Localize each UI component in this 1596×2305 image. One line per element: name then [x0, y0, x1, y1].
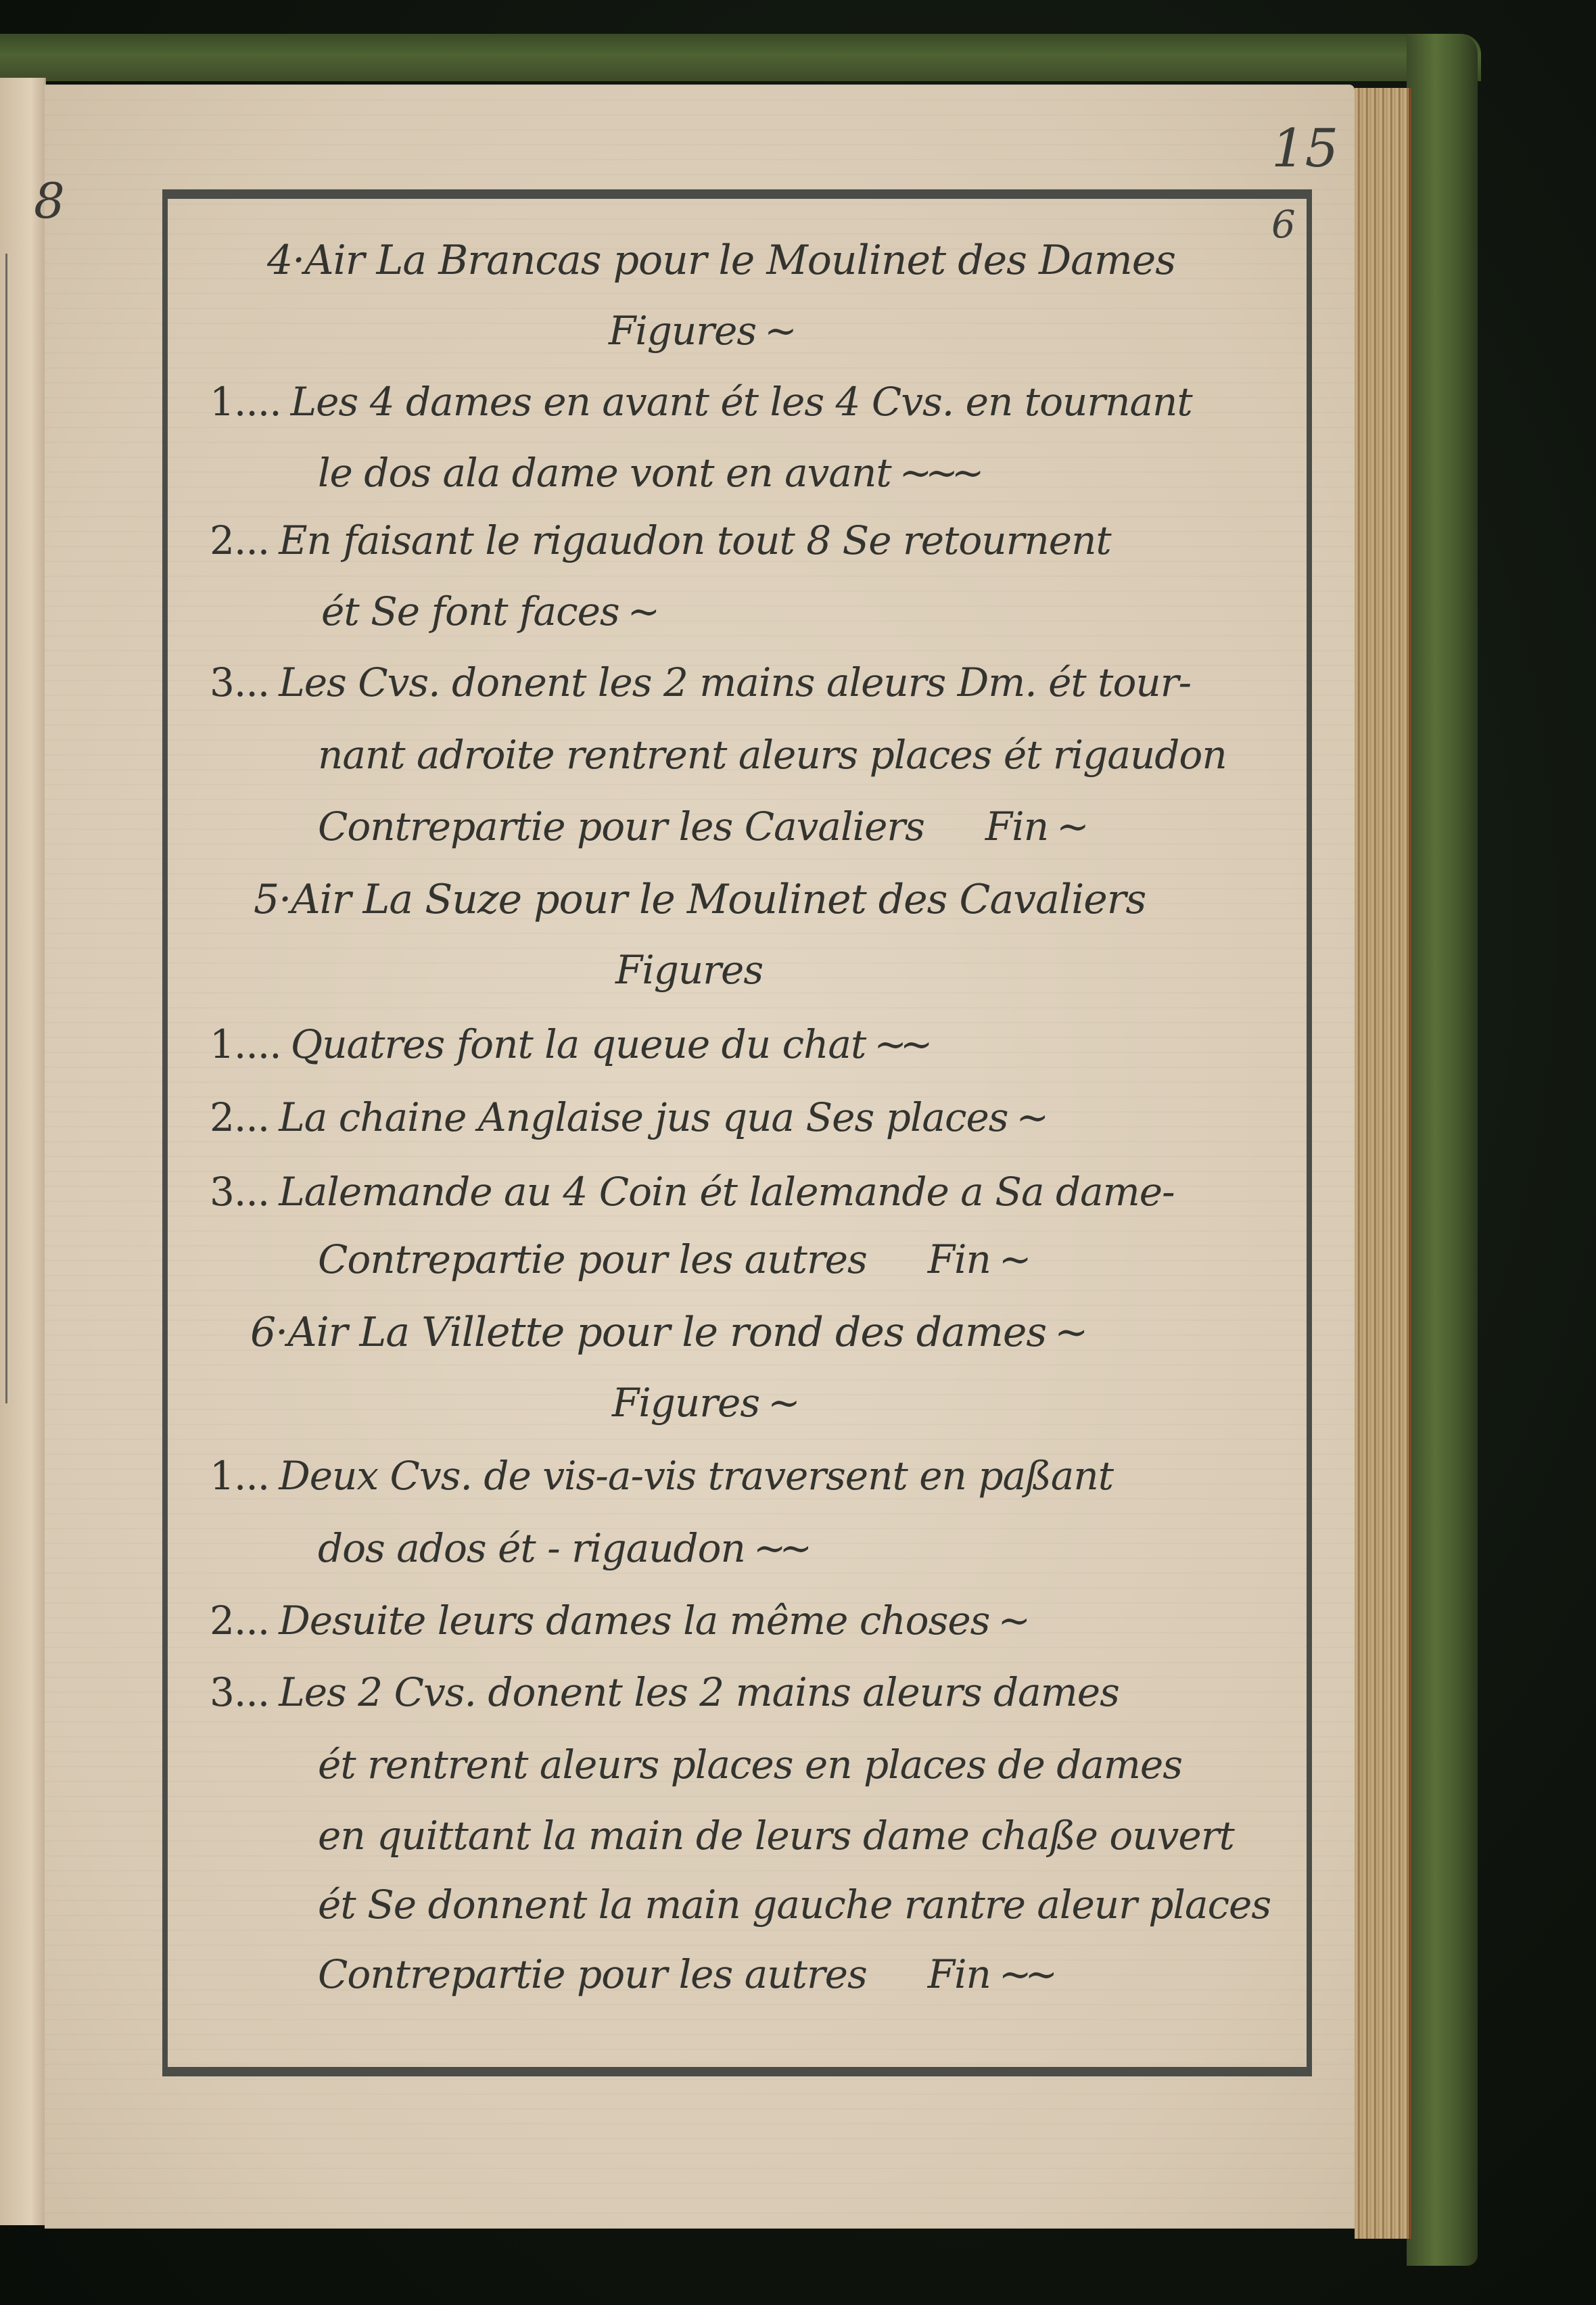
figure-line: Contrepartie pour les autresFin~~: [318, 1951, 1051, 1997]
figure-line: 2...En faisant le rigaudon tout 8 Se ret…: [210, 517, 1111, 563]
plate-number: 6: [1271, 203, 1296, 247]
figure-text: nant adroite rentrent aleurs places ét r…: [318, 732, 1227, 778]
figure-line: 1....Quatres font la queue du chat~~: [210, 1021, 926, 1067]
figure-text: ét Se font faces: [321, 588, 619, 634]
figure-line: 2...Desuite leurs dames la même choses~: [210, 1598, 1024, 1644]
flourish-ornament: ~: [1056, 804, 1083, 849]
figure-text: le dos ala dame vont en avant: [318, 450, 891, 496]
figures-text: Figures: [615, 947, 763, 993]
flourish-ornament: ~: [1016, 1094, 1043, 1140]
figure-number: 1....: [210, 379, 281, 425]
figure-line: en quittant la main de leurs dame chaße …: [318, 1813, 1234, 1859]
figure-line: 2...La chaine Anglaise jus qua Ses place…: [210, 1094, 1042, 1140]
figure-line: 3...Les Cvs. donent les 2 mains aleurs D…: [210, 659, 1191, 705]
figure-line: Contrepartie pour les autresFin~: [318, 1236, 1025, 1282]
flourish-ornament: ~: [1054, 1309, 1081, 1356]
figure-line: 1....Les 4 dames en avant ét les 4 Cvs. …: [210, 379, 1192, 425]
left-page-sliver: [0, 78, 46, 2225]
figure-text: Desuite leurs dames la même choses: [279, 1598, 989, 1644]
figure-text: Lalemande au 4 Coin ét lalemande a Sa da…: [279, 1169, 1174, 1215]
book-cover-top-edge: [0, 34, 1481, 81]
heading-text: 4·Air La Brancas pour le Moulinet des Da…: [267, 237, 1175, 284]
flourish-ornament: ~: [628, 588, 654, 634]
flourish-ornament: ~: [764, 308, 791, 354]
left-page-frame-rule: [5, 254, 7, 1403]
figure-line: 3...Les 2 Cvs. donent les 2 mains aleurs…: [210, 1669, 1119, 1715]
figure-text: Contrepartie pour les autres: [318, 1236, 867, 1282]
figure-number: 2...: [210, 1598, 269, 1644]
figure-number: 1...: [210, 1453, 269, 1499]
figure-line: dos ados ét - rigaudon~~: [318, 1525, 805, 1571]
flourish-ornament: ~~: [753, 1525, 805, 1571]
book-cover-right-edge: [1407, 34, 1478, 2266]
figure-text: en quittant la main de leurs dame chaße …: [318, 1813, 1234, 1859]
figure-text: Deux Cvs. de vis-a-vis traversent en paß…: [279, 1453, 1113, 1499]
figure-text: Contrepartie pour les Cavaliers: [318, 804, 924, 849]
figure-text: ét Se donnent la main gauche rantre aleu…: [318, 1882, 1271, 1928]
figure-line: nant adroite rentrent aleurs places ét r…: [318, 732, 1227, 778]
figure-line: Contrepartie pour les CavaliersFin~: [318, 804, 1083, 849]
figure-text: Quatres font la queue du chat: [291, 1021, 866, 1067]
figure-text: Les 4 dames en avant ét les 4 Cvs. en to…: [291, 379, 1192, 425]
figure-line: ét Se donnent la main gauche rantre aleu…: [318, 1882, 1271, 1928]
figure-number: 2...: [210, 1094, 269, 1140]
figure-text: Les Cvs. donent les 2 mains aleurs Dm. é…: [279, 659, 1191, 705]
flourish-ornament: ~: [768, 1380, 794, 1426]
figure-line: ét rentrent aleurs places en places de d…: [318, 1742, 1182, 1788]
figure-text: En faisant le rigaudon tout 8 Se retourn…: [279, 517, 1111, 563]
flourish-ornament: ~~: [874, 1021, 926, 1067]
figure-number: 3...: [210, 659, 269, 705]
figures-text: Figures: [609, 308, 756, 354]
heading-text: 5·Air La Suze pour le Moulinet des Caval…: [254, 876, 1146, 923]
figure-line: 3...Lalemande au 4 Coin ét lalemande a S…: [210, 1169, 1175, 1215]
figure-line: 1...Deux Cvs. de vis-a-vis traversent en…: [210, 1453, 1113, 1499]
figure-text: Contrepartie pour les autres: [318, 1951, 867, 1997]
figure-line: ét Se font faces~: [321, 588, 653, 634]
page-block-edges: [1355, 88, 1411, 2239]
flourish-ornament: ~~~: [899, 450, 978, 496]
figures-label: Figures~: [612, 1380, 794, 1426]
figures-label: Figures~: [609, 308, 791, 354]
flourish-ornament: ~: [997, 1598, 1024, 1644]
figure-line: le dos ala dame vont en avant~~~: [318, 450, 977, 496]
figure-text: La chaine Anglaise jus qua Ses places: [279, 1094, 1008, 1140]
page-number: 15: [1271, 118, 1338, 179]
section-heading: 4·Air La Brancas pour le Moulinet des Da…: [267, 237, 1175, 284]
figure-text: ét rentrent aleurs places en places de d…: [318, 1742, 1182, 1788]
section-heading: 6·Air La Villette pour le rond des dames…: [250, 1309, 1081, 1356]
fin-marker: Fin: [928, 1951, 991, 1997]
figure-text: dos ados ét - rigaudon: [318, 1525, 745, 1571]
left-page-mark: 8: [34, 172, 65, 229]
heading-text: 6·Air La Villette pour le rond des dames: [250, 1309, 1046, 1356]
figure-number: 2...: [210, 517, 269, 563]
flourish-ornament: ~: [999, 1236, 1025, 1282]
figures-label: Figures: [615, 947, 763, 993]
figure-number: 3...: [210, 1169, 269, 1215]
section-heading: 5·Air La Suze pour le Moulinet des Caval…: [254, 876, 1146, 923]
fin-marker: Fin: [985, 804, 1048, 849]
figures-text: Figures: [612, 1380, 759, 1426]
flourish-ornament: ~~: [999, 1951, 1051, 1997]
figure-number: 1....: [210, 1021, 281, 1067]
fin-marker: Fin: [928, 1236, 991, 1282]
figure-text: Les 2 Cvs. donent les 2 mains aleurs dam…: [279, 1669, 1119, 1715]
figure-number: 3...: [210, 1669, 269, 1715]
